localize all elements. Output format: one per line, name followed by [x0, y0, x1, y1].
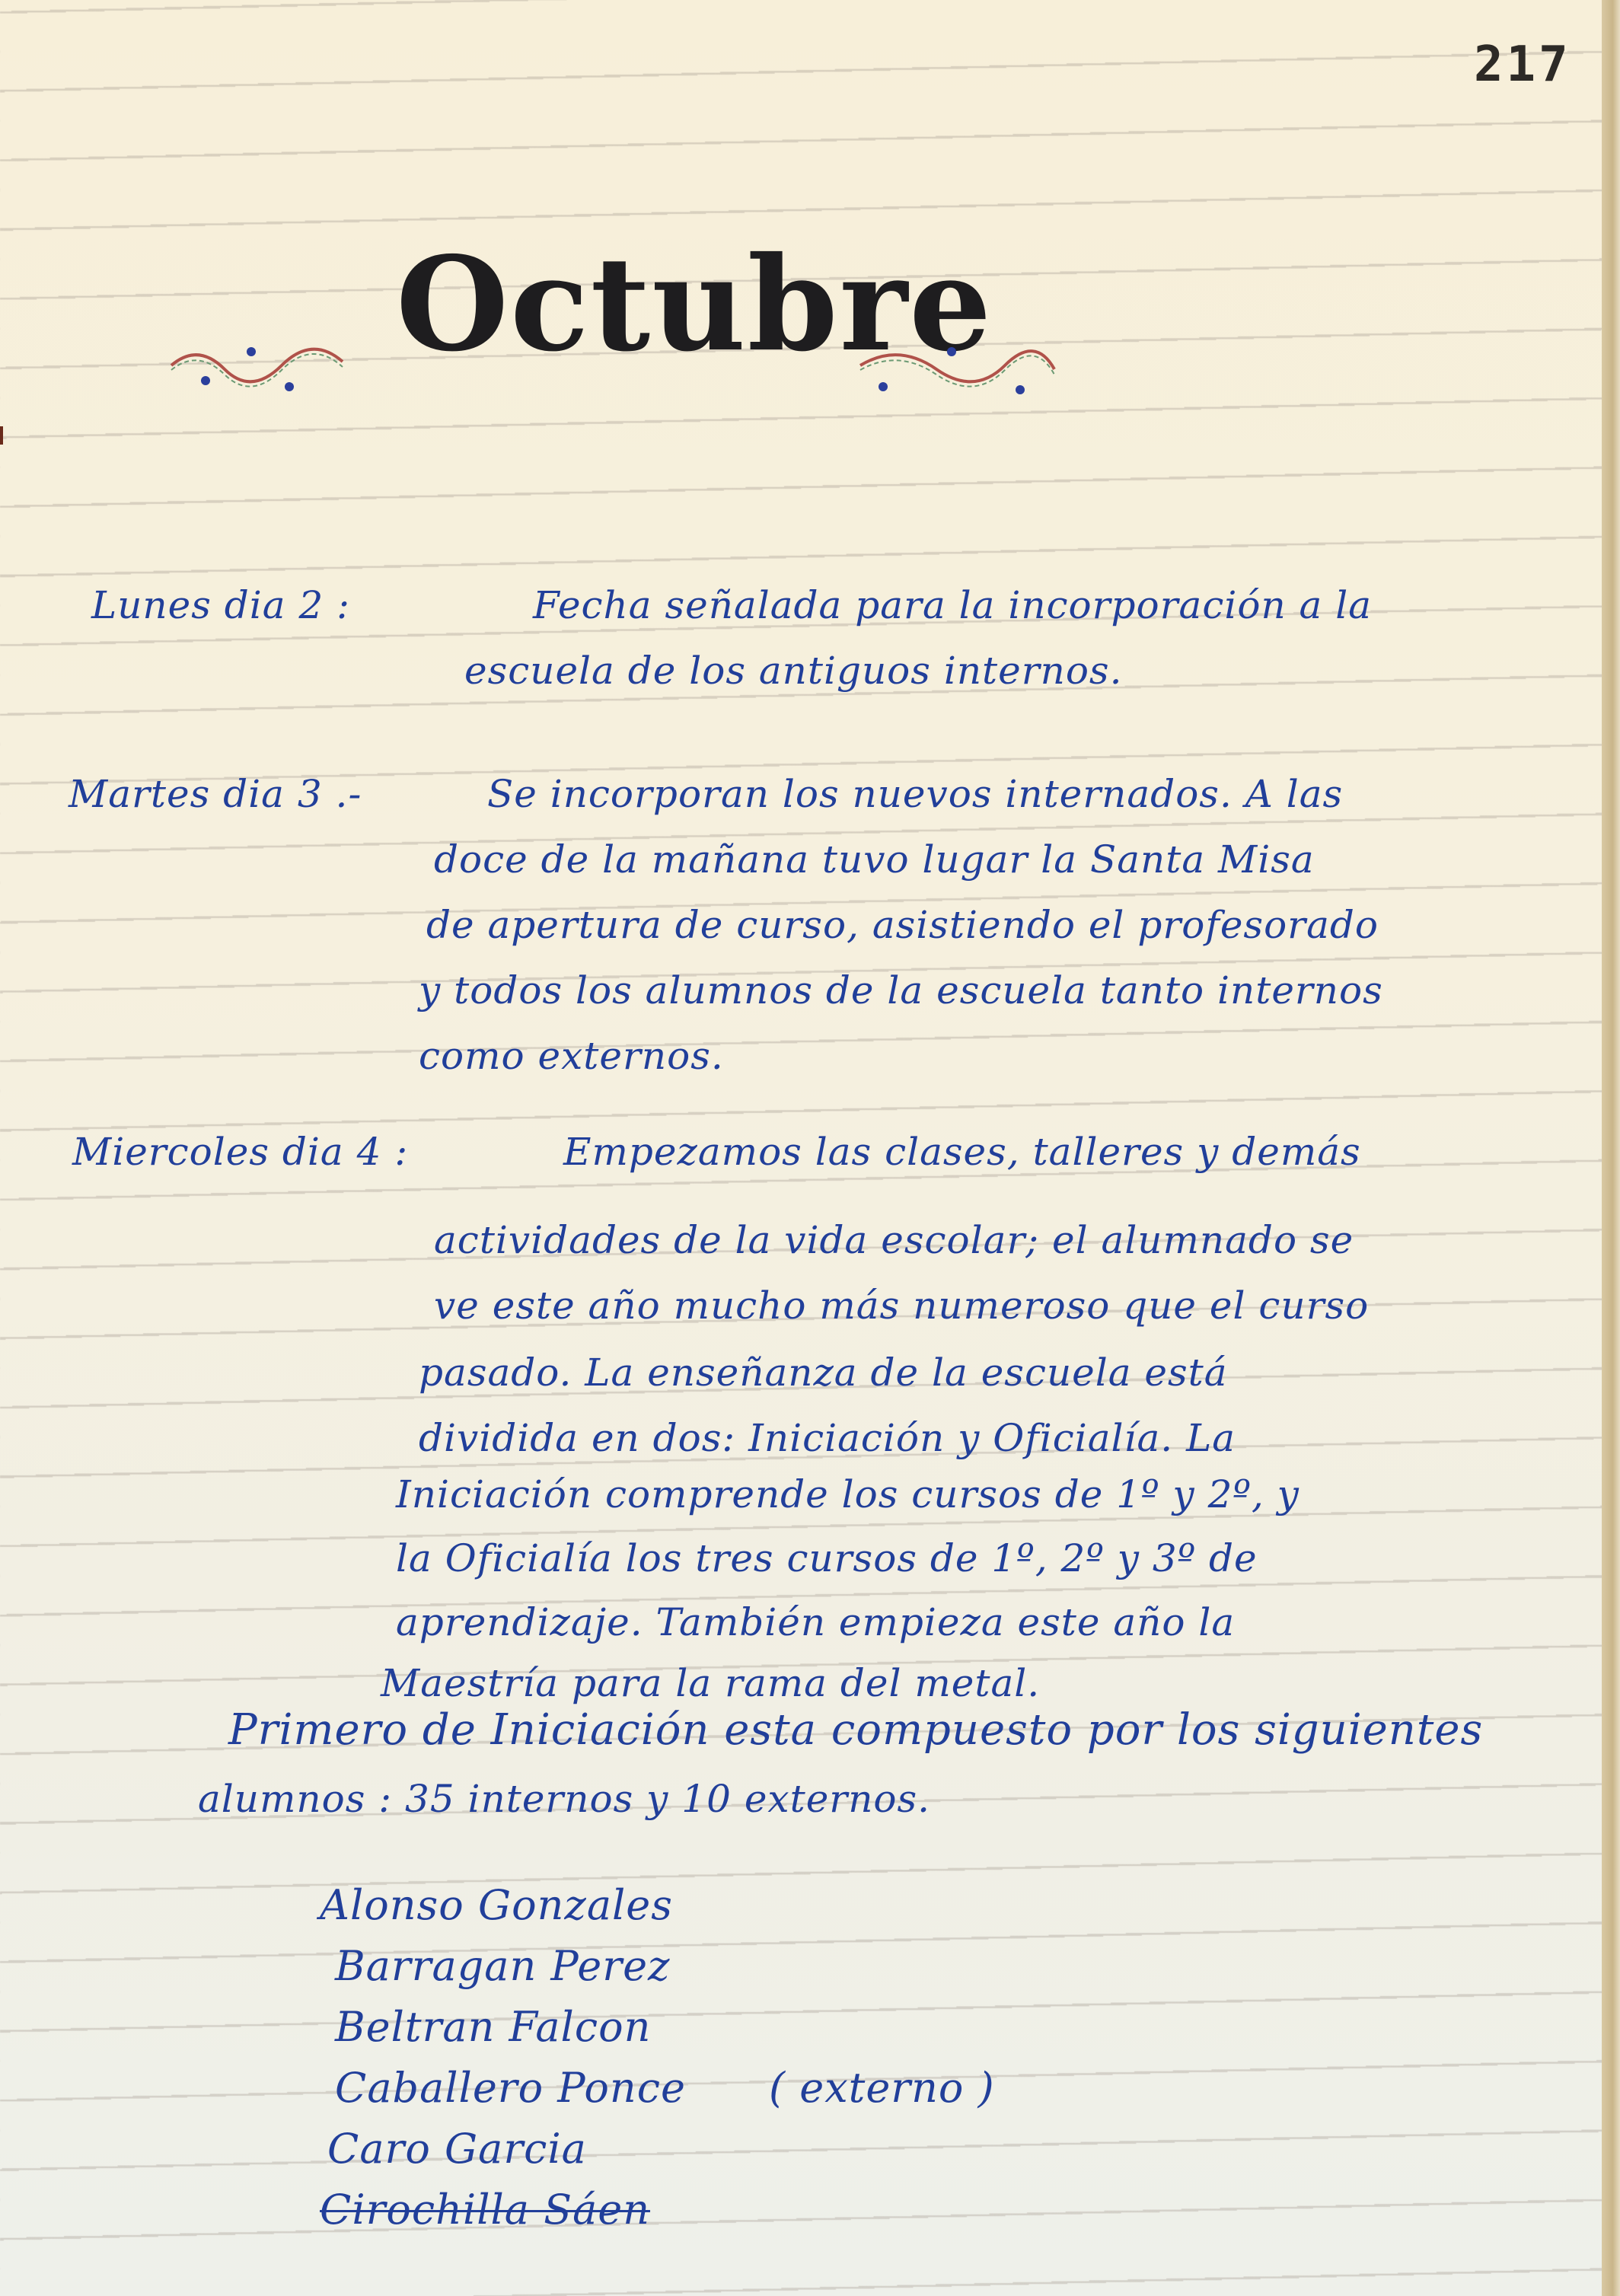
- entry-line: la Oficialía los tres cursos de 1º, 2º y…: [396, 1526, 1258, 1591]
- student-note: ( externo ): [769, 2055, 995, 2121]
- month-heading-block: Octubre: [167, 228, 1111, 411]
- entry-line: pasado. La enseñanza de la escuela está: [419, 1340, 1228, 1405]
- entry-line: Iniciación comprende los cursos de 1º y …: [396, 1462, 1300, 1527]
- entry-day-label: Lunes dia 2 :: [91, 572, 350, 638]
- summary-line: Primero de Iniciación esta compuesto por…: [228, 1698, 1483, 1763]
- summary-line: alumnos : 35 internos y 10 externos.: [198, 1766, 930, 1832]
- student-name: Beltran Falcon: [335, 1995, 651, 2060]
- entry-line: ve este año mucho más numeroso que el cu…: [434, 1273, 1369, 1338]
- ledger-page: 217 Octubre Lunes dia 2 : Fecha señalada…: [0, 0, 1620, 2296]
- entry-line: Empezamos las clases, talleres y demás: [563, 1119, 1361, 1185]
- margin-mark: [0, 426, 3, 445]
- student-name: Caballero Ponce: [335, 2055, 686, 2121]
- entry-line: Fecha señalada para la incorporación a l…: [533, 572, 1372, 638]
- right-flourish-icon: [853, 335, 1058, 396]
- student-name: Cirochilla Sáen: [320, 2177, 650, 2243]
- page-number: 217: [1474, 37, 1571, 93]
- left-flourish-icon: [167, 335, 373, 396]
- entry-line: como externos.: [419, 1023, 724, 1089]
- student-name: Caro Garcia: [327, 2116, 587, 2182]
- entry-line: y todos los alumnos de la escuela tanto …: [419, 958, 1383, 1023]
- entry-line: escuela de los antiguos internos.: [464, 638, 1122, 703]
- entry-line: doce de la mañana tuvo lugar la Santa Mi…: [434, 827, 1315, 892]
- entry-line: de apertura de curso, asistiendo el prof…: [426, 892, 1379, 958]
- entry-day-label: Miercoles dia 4 :: [72, 1119, 408, 1185]
- page-edge: [1602, 0, 1620, 2296]
- student-name: Barragan Perez: [335, 1934, 671, 1999]
- entry-line: aprendizaje. También empieza este año la: [396, 1590, 1235, 1655]
- entry-day-label: Martes dia 3 .-: [69, 761, 362, 827]
- student-name: Alonso Gonzales: [320, 1873, 673, 1938]
- entry-line: Se incorporan los nuevos internados. A l…: [487, 761, 1343, 827]
- entry-line: actividades de la vida escolar; el alumn…: [434, 1207, 1354, 1273]
